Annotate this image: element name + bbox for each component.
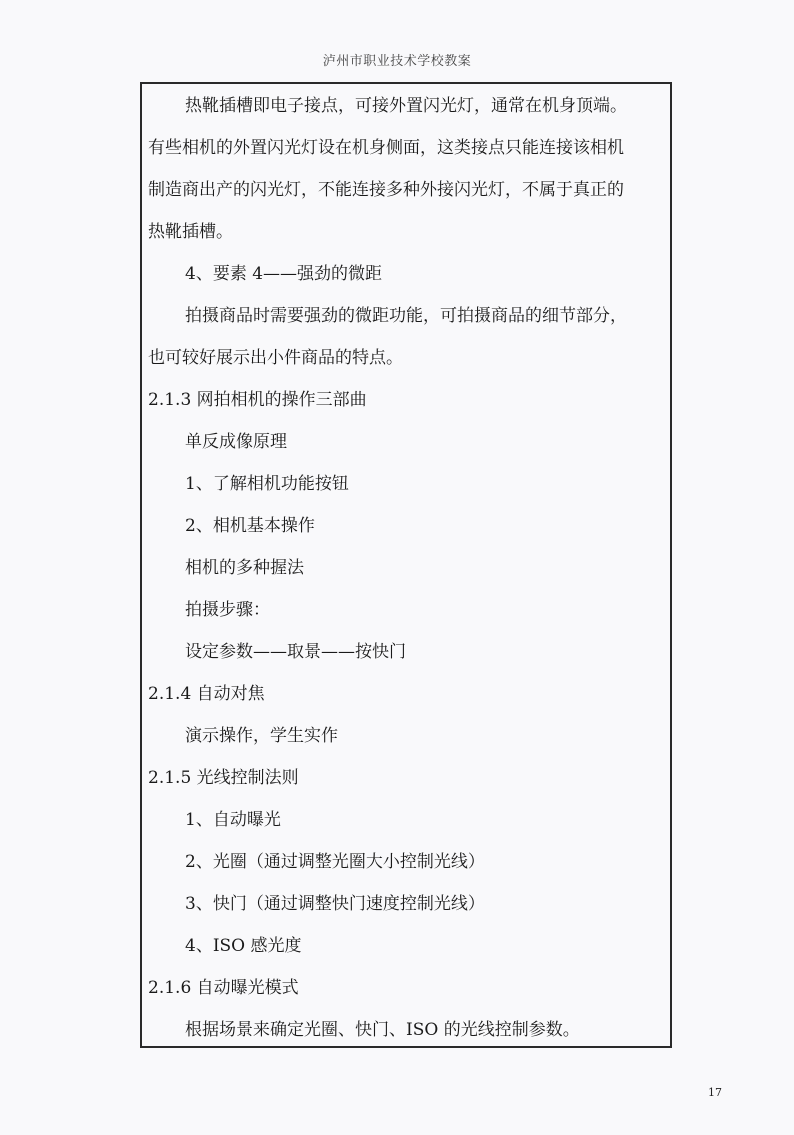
paragraph-line: 有些相机的外置闪光灯设在机身侧面，这类接点只能连接该相机 (148, 138, 624, 158)
paragraph-line: 热靴插槽即电子接点，可接外置闪光灯，通常在机身顶端。 (185, 96, 627, 116)
section-heading: 2.1.3 网拍相机的操作三部曲 (148, 390, 367, 410)
paragraph-line: 拍摄商品时需要强劲的微距功能，可拍摄商品的细节部分， (185, 306, 627, 326)
section-heading: 2.1.5 光线控制法则 (148, 768, 299, 788)
paragraph-line: 设定参数——取景——按快门 (185, 642, 406, 662)
section-heading: 2.1.6 自动曝光模式 (148, 978, 299, 998)
paragraph-line: 根据场景来确定光圈、快门、ISO 的光线控制参数。 (185, 1020, 580, 1040)
section-heading: 2.1.4 自动对焦 (148, 684, 265, 704)
paragraph-line: 热靴插槽。 (148, 222, 233, 242)
list-item: 3、快门（通过调整快门速度控制光线） (185, 894, 485, 914)
list-item: 1、了解相机功能按钮 (185, 474, 349, 494)
paragraph-line: 制造商出产的闪光灯，不能连接多种外接闪光灯，不属于真正的 (148, 180, 624, 200)
list-item: 4、ISO 感光度 (185, 936, 302, 956)
lesson-plan-content-box: 热靴插槽即电子接点，可接外置闪光灯，通常在机身顶端。 有些相机的外置闪光灯设在机… (140, 82, 672, 1048)
list-item: 2、相机基本操作 (185, 516, 315, 536)
list-item: 2、光圈（通过调整光圈大小控制光线） (185, 852, 485, 872)
page-number: 17 (708, 1086, 722, 1099)
paragraph-line: 也可较好展示出小件商品的特点。 (148, 348, 403, 368)
paragraph-line: 演示操作，学生实作 (185, 726, 338, 746)
paragraph-line: 单反成像原理 (185, 432, 287, 452)
paragraph-line: 拍摄步骤： (185, 600, 270, 620)
list-item: 1、自动曝光 (185, 810, 281, 830)
document-header: 泸州市职业技术学校教案 (0, 50, 794, 69)
paragraph-line: 相机的多种握法 (185, 558, 304, 578)
list-item: 4、要素 4——强劲的微距 (185, 264, 382, 284)
